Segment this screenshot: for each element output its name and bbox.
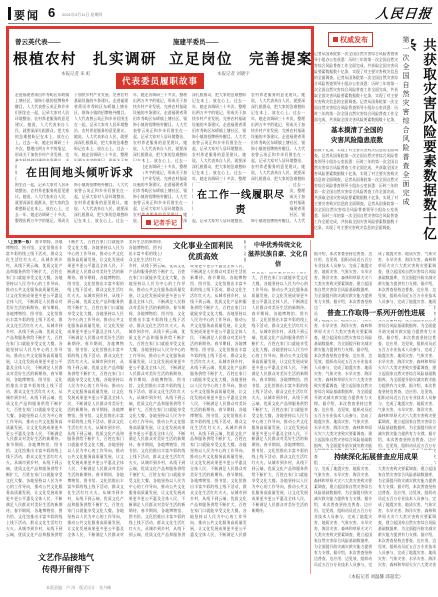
column-divider bbox=[310, 240, 311, 574]
left-story-byline: 本报记者 朱 虹 bbox=[61, 71, 91, 77]
masthead-logo: 人民日报 bbox=[375, 3, 433, 22]
survey-subhead-2: 普查工作取得一系列开创性进展 bbox=[318, 306, 434, 320]
survey-eyebrow: 第一次全国自然灾害综合风险普查全面完成 bbox=[400, 36, 410, 251]
culture-body: （上接第一版） 春节期间，各地博物馆、图书馆、文化馆推出丰富多彩的线上线下活动，… bbox=[6, 240, 308, 582]
right-story-headline: 立足岗位 完善提案 bbox=[169, 48, 313, 69]
section-label: 要闻 bbox=[14, 7, 40, 23]
square-bullet-icon bbox=[146, 220, 151, 225]
culture-subhead-2: 中华优秀传统文化 滋养民族自豪、文化自信 bbox=[246, 240, 310, 272]
authoritative-release-text: 权威发布 bbox=[340, 35, 368, 45]
page-number: 6 bbox=[48, 5, 55, 20]
square-bullet-icon bbox=[333, 37, 338, 42]
page-footnote: 本版责编：卢 涛 版式设计：张丹峰 bbox=[46, 585, 111, 591]
survey-vertical-headline: 共获取灾害风险要素数据数十亿条 bbox=[411, 38, 438, 254]
page-header: 要闻 6 2021年3月11日 星期四 人民日报 bbox=[8, 5, 432, 24]
header-divider-bar bbox=[8, 7, 11, 20]
authoritative-release-label: 权威发布 bbox=[328, 32, 373, 47]
culture-body-text: 春节期间，各地博物馆、图书馆、文化馆推出丰富多彩的线上线下活动，群众文化生活红红… bbox=[6, 240, 308, 537]
date-line: 2021年3月11日 星期四 bbox=[62, 12, 102, 18]
survey-subhead-1: 基本摸清了全国的 灾害风险隐患底数 bbox=[314, 124, 400, 149]
survey-section: 权威发布 记者从国务院第一次全国自然灾害综合风险普查领导小组办公室获悉：历时三年… bbox=[314, 30, 436, 592]
reporter-notes-text: 记者手记 bbox=[153, 218, 177, 227]
subhead-right: 在工作一线履职尽责 bbox=[193, 183, 289, 219]
culture-section: （上接第一版） 春节期间，各地博物馆、图书馆、文化馆推出丰富多彩的线上线下活动，… bbox=[6, 240, 308, 582]
survey-body-top: 记者从国务院第一次全国自然灾害综合风险普查领导小组办公室获悉：历时三年的第一次全… bbox=[314, 52, 398, 258]
survey-byline: （本报记者 刘温馨 邱超奕） bbox=[318, 574, 432, 580]
left-story-kicker: 曾云英代表—— bbox=[15, 37, 61, 46]
subhead-left: 在田间地头倾听诉求 bbox=[17, 161, 143, 183]
left-story-headline: 根植农村 扎实调研 bbox=[13, 48, 157, 69]
survey-subhead-3: 持续深化拓展普查应用成果 bbox=[318, 450, 434, 464]
right-story-kicker: 施建平委员—— bbox=[173, 37, 219, 46]
culture-subhead-3: 文艺作品接地气 传得开留得下 bbox=[24, 550, 108, 578]
deputies-stories-box: 曾云英代表—— 根植农村 扎实调研 本报记者 朱 虹 施建平委员—— 立足岗位 … bbox=[6, 26, 314, 238]
survey-body-bottom: 据介绍，本次普查坚持边普查、边应用、边见效，组织动员近五百万专业技术人员参与，完… bbox=[314, 252, 436, 572]
series-badge: 代表委员履职故事 bbox=[116, 73, 204, 89]
culture-subhead-1: 文化事业全面利民 优质高效 bbox=[162, 238, 244, 265]
continued-from-page1: （上接第一版） bbox=[6, 240, 34, 244]
right-story-byline: 本报记者 刘晓宇 bbox=[217, 71, 250, 77]
newspaper-page: 要闻 6 2021年3月11日 星期四 人民日报 曾云英代表—— 根植农村 扎实… bbox=[0, 0, 438, 597]
reporter-notes-label: 记者手记 bbox=[141, 215, 182, 229]
